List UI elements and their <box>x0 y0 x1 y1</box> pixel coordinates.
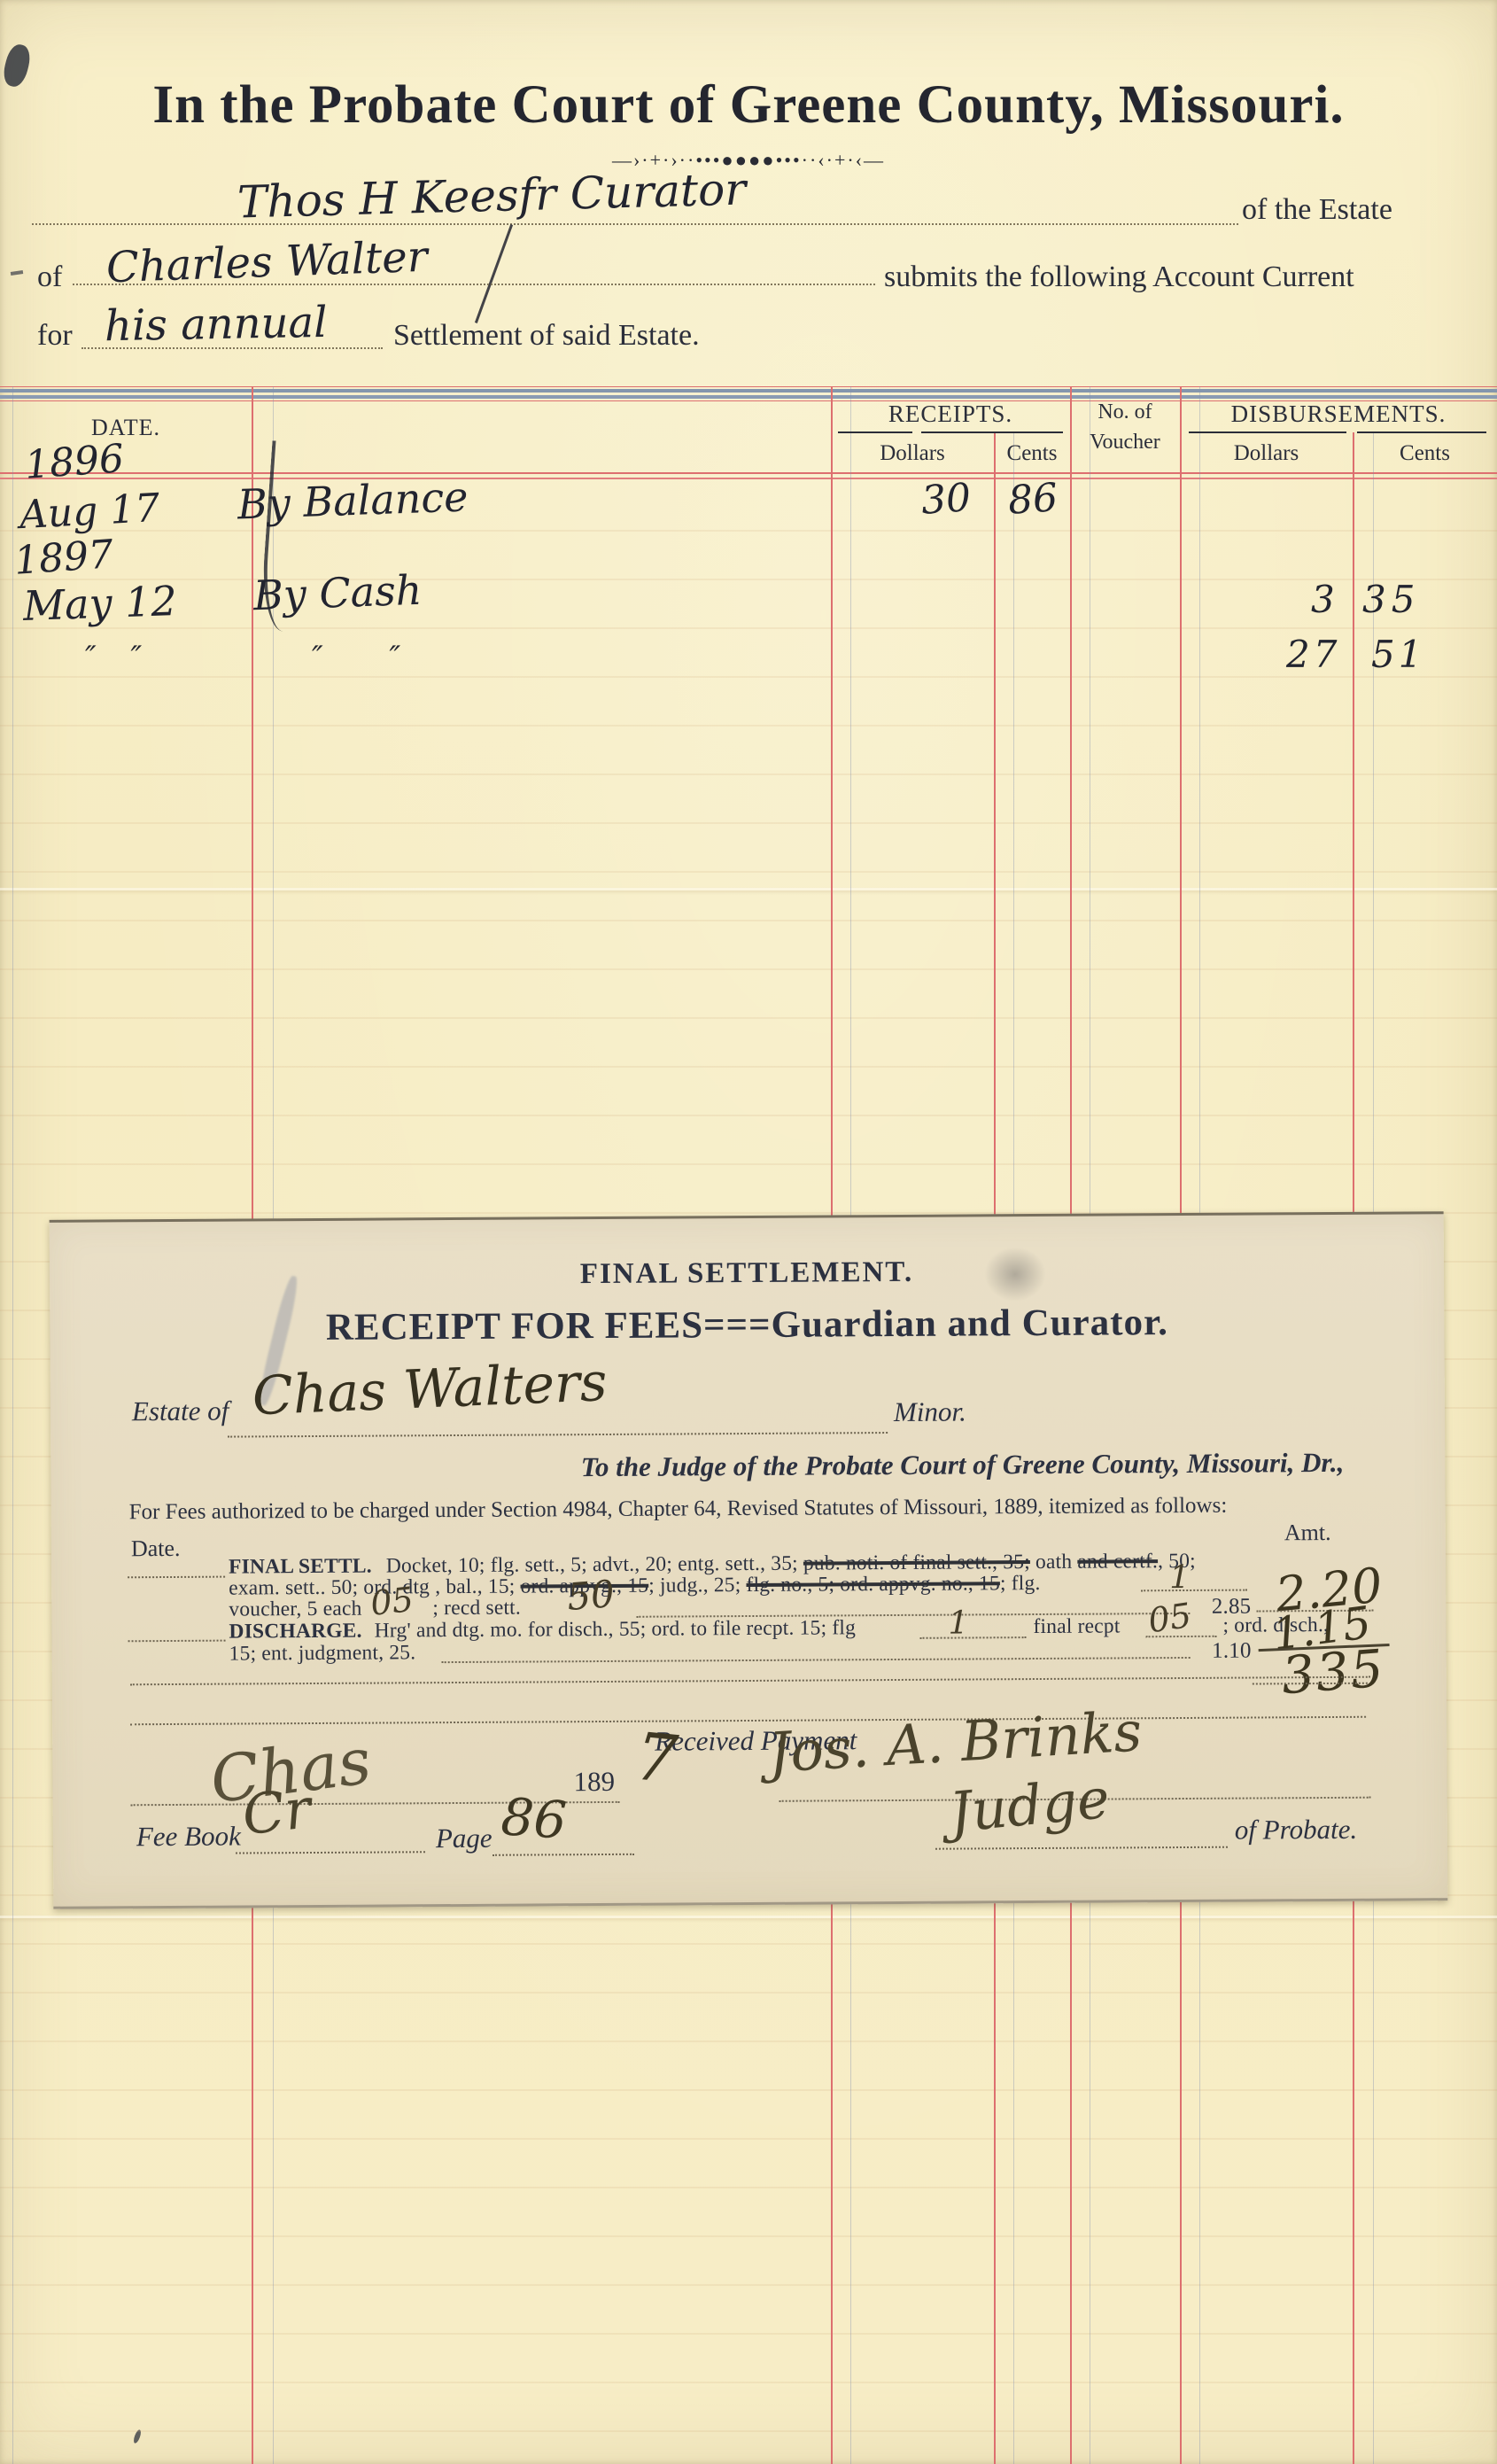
entry-disb-cents-1: 35 <box>1362 578 1420 621</box>
to-the-judge-text: To the Judge of the Probate Court of Gre… <box>458 1447 1344 1484</box>
fee-line-4-handwritten-05: 05 <box>1145 1596 1193 1641</box>
voucher-header-line2: Voucher <box>1070 431 1180 455</box>
entry-receipts-cents: 86 <box>1006 475 1059 524</box>
fee-line-5-leader-dots <box>442 1657 1191 1663</box>
entry-disb-dollars-2: 27 <box>1286 633 1340 676</box>
curator-name-handwritten: Thos H Keesfr Curator <box>237 163 746 228</box>
fee-line-4a: Hrg' and dtg. mo. for disch., 55; ord. t… <box>375 1616 857 1642</box>
page-number-handwritten: 86 <box>500 1786 569 1851</box>
fee-line-2: exam. sett.. 50; ord. dtg , bal., 15; or… <box>229 1572 1040 1601</box>
fee-line-3a: voucher, 5 each <box>229 1597 361 1621</box>
receipts-dollars-header: Dollars <box>831 441 994 466</box>
date-column-label: Date. <box>131 1535 181 1562</box>
fee-line-3b: ; recd sett. <box>432 1597 521 1621</box>
ornament-divider-icon: —›·+·›··•••●●●●•••··‹·+·‹— <box>0 149 1497 172</box>
date-column-header: DATE. <box>0 415 252 441</box>
fee-line-3-handwritten-50: 50 <box>565 1572 616 1619</box>
of-the-estate-label: of the Estate <box>1242 193 1392 227</box>
fee-line-2c: ; flg. <box>1000 1572 1041 1595</box>
slip-title-final-settlement: FINAL SETTLEMENT. <box>50 1253 1444 1294</box>
intro-line1-rule <box>32 223 1238 225</box>
fee-line-4-handwritten-1: 1 <box>948 1605 968 1641</box>
receipts-underline-b <box>921 431 1063 433</box>
entry-date-may12: May 12 <box>22 577 177 630</box>
entry-description-cash: By Cash <box>252 566 423 620</box>
of-probate-label: of Probate. <box>1235 1814 1358 1846</box>
fee-book-rule <box>236 1851 425 1854</box>
entry-description-ditto: ″ ″ <box>312 640 400 675</box>
page-rule <box>493 1854 634 1856</box>
slip-title-receipt-for-fees: RECEIPT FOR FEES===Guardian and Curator. <box>50 1299 1444 1351</box>
fee-line-3: voucher, 5 each <box>229 1597 361 1622</box>
amt-column-label: Amt. <box>1284 1520 1331 1546</box>
fee-line-5: 15; ent. judgment, 25. <box>229 1641 416 1666</box>
ledger-margin-line <box>12 386 13 2464</box>
entry-date-aug17: Aug 17 <box>19 486 161 538</box>
settlement-type-handwritten: his annual <box>105 298 328 351</box>
pen-stroke <box>475 224 513 323</box>
entry-disb-cents-2: 51 <box>1371 633 1425 676</box>
fee-date-rule-1 <box>128 1576 225 1579</box>
judge-rule <box>935 1846 1228 1850</box>
settlement-of-estate-text: Settlement of said Estate. <box>393 319 700 353</box>
receipts-cents-header: Cents <box>994 441 1070 466</box>
entry-year-1897: 1897 <box>12 532 114 584</box>
fee-date-rule-2 <box>128 1640 226 1643</box>
fees-authorized-text: For Fees authorized to be charged under … <box>129 1494 1228 1526</box>
fee-line-4: DISCHARGE.Hrg' and dtg. mo. for disch., … <box>229 1616 856 1644</box>
of-label: of <box>37 260 62 294</box>
fee-line-2-trailing-dots <box>1141 1590 1247 1592</box>
receipts-underline-a <box>838 431 912 433</box>
probate-account-current-document: In the Probate Court of Greene County, M… <box>0 0 1497 2464</box>
disbursements-dollars-header: Dollars <box>1180 441 1353 466</box>
table-top-blue-rule-1 <box>0 389 1497 393</box>
year-handwritten-7: 7 <box>632 1719 680 1799</box>
amount-total-handwritten: 335 <box>1279 1638 1387 1706</box>
fee-line-1b: oath <box>1030 1551 1078 1574</box>
fee-line-3b-text: ; recd sett. <box>432 1597 521 1621</box>
year-printed: 189 <box>573 1766 615 1798</box>
entry-description-balance: By Balance <box>237 472 469 528</box>
voucher-header-line1: No. of <box>1070 400 1180 424</box>
fee-line-5-amount: 1.10 <box>1197 1639 1252 1664</box>
disbursements-header: DISBURSEMENTS. <box>1180 400 1497 428</box>
slip-full-rule-1 <box>130 1676 1370 1686</box>
table-top-red-rule <box>0 386 1497 387</box>
entry-receipts-dollars: 30 <box>919 475 972 524</box>
page-label: Page <box>436 1823 493 1854</box>
fee-line-2b: ; judg., 25; <box>648 1574 746 1597</box>
header-bottom-red-rule-2 <box>0 478 1497 479</box>
submits-account-text: submits the following Account Current <box>884 260 1354 294</box>
entry-disb-dollars-1: 3 <box>1311 578 1335 621</box>
page-title: In the Probate Court of Greene County, M… <box>0 74 1497 136</box>
header-bottom-red-rule-1 <box>0 472 1497 474</box>
estate-of-label: Estate of <box>132 1395 229 1428</box>
disbursements-cents-header: Cents <box>1353 441 1497 466</box>
entry-date-ditto: ″ ″ <box>85 640 142 675</box>
fee-line-1-struck-2: and certf. <box>1077 1550 1158 1574</box>
fee-book-label: Fee Book <box>136 1821 241 1854</box>
disbursements-underline-b <box>1357 431 1486 433</box>
disbursements-underline-a <box>1189 431 1346 433</box>
minor-label: Minor. <box>894 1395 966 1427</box>
for-label: for <box>37 319 73 353</box>
fee-line-4b-text: final recpt <box>1033 1614 1120 1638</box>
fee-book-handwritten: Cr <box>239 1776 314 1847</box>
fee-line-5a: 15; ent. judgment, 25. <box>229 1641 416 1665</box>
fee-line-3-handwritten-05: 05 <box>368 1580 415 1623</box>
final-settl-heading: FINAL SETTL. <box>229 1555 372 1579</box>
judge-title-handwritten: Judge <box>947 1766 1113 1846</box>
final-settlement-receipt-slip: FINAL SETTLEMENT. RECEIPT FOR FEES===Gua… <box>50 1211 1448 1909</box>
pen-tick-mark <box>11 270 23 276</box>
fee-line-4-dots-1 <box>920 1636 1027 1639</box>
estate-name-rule <box>228 1432 888 1438</box>
table-top-blue-rule-2 <box>0 395 1497 399</box>
fee-line-2-struck-2: flg. no., 5; ord. appvg. no., 15 <box>746 1572 1000 1597</box>
discharge-heading: DISCHARGE. <box>229 1620 361 1644</box>
receipts-header: RECEIPTS. <box>831 400 1070 428</box>
slip-full-rule-2 <box>130 1716 1366 1726</box>
entry-year-1896: 1896 <box>23 436 125 488</box>
slip-estate-name-handwritten: Chas Walters <box>252 1351 609 1427</box>
fee-line-4b: final recpt <box>1033 1614 1120 1639</box>
